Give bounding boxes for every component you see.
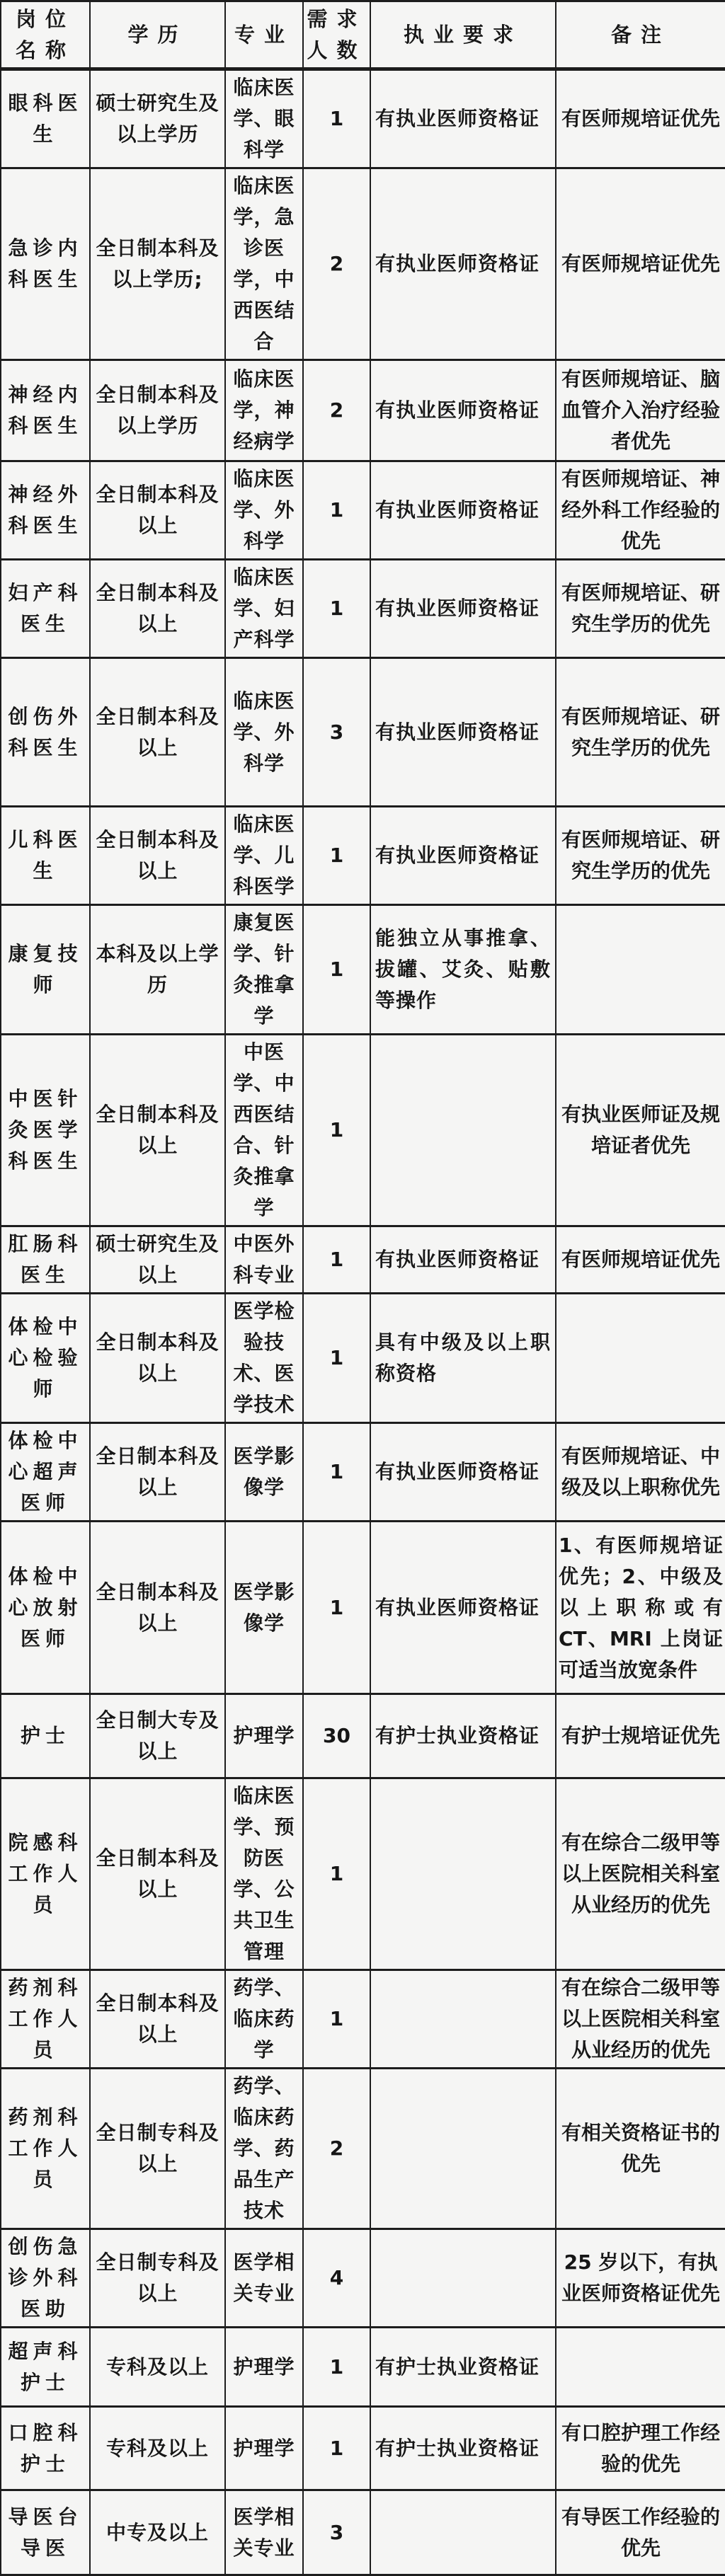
education-cell: 全日制本科及以上 (90, 560, 225, 658)
note-cell: 25 岁以下，有执业医师资格证优先 (556, 2229, 725, 2328)
position-cell: 急诊内科医生 (1, 168, 90, 360)
education-cell: 全日制本科及以上 (90, 1423, 225, 1522)
note-cell: 有口腔护理工作经验的优先 (556, 2407, 725, 2490)
table-row: 体检中心超声医师 全日制本科及以上 医学影像学 1 有执业医师资格证 有医师规培… (1, 1423, 725, 1522)
position-cell: 康复技师 (1, 905, 90, 1035)
major-cell: 医学相关专业 (225, 2229, 303, 2328)
major-cell: 临床医学、预防医学、公共卫生管理 (225, 1778, 303, 1970)
major-cell: 临床医学，神经病学 (225, 360, 303, 461)
major-cell: 中医学、中西医结合、针灸推拿学 (225, 1035, 303, 1226)
education-cell: 专科及以上 (90, 2328, 225, 2407)
count-cell: 2 (303, 168, 370, 360)
table-row: 口腔科护士 专科及以上 护理学 1 有护士执业资格证 有口腔护理工作经验的优先 (1, 2407, 725, 2490)
major-cell: 临床医学、儿科医学 (225, 807, 303, 905)
position-cell: 体检中心超声医师 (1, 1423, 90, 1522)
table-row: 中医针灸医学科医生 全日制本科及以上 中医学、中西医结合、针灸推拿学 1 有执业… (1, 1035, 725, 1226)
note-cell: 有执业医师证及规培证者优先 (556, 1035, 725, 1226)
count-cell: 1 (303, 1778, 370, 1970)
header-education: 学历 (90, 1, 225, 69)
position-cell: 神经内科医生 (1, 360, 90, 461)
position-cell: 院感科工作人员 (1, 1778, 90, 1970)
table-row: 急诊内科医生 全日制本科及以上学历; 临床医学，急诊医学，中西医结合 2 有执业… (1, 168, 725, 360)
requirement-cell (370, 2490, 556, 2575)
note-cell (556, 2328, 725, 2407)
note-cell: 有医师规培证、研究生学历的优先 (556, 560, 725, 658)
table-row: 药剂科工作人员 全日制本科及以上 药学、临床药学 1 有在综合二级甲等以上医院相… (1, 1970, 725, 2069)
table-row: 创伤外科医生 全日制本科及以上 临床医学、外科学 3 有执业医师资格证 有医师规… (1, 658, 725, 807)
note-cell: 有医师规培证优先 (556, 168, 725, 360)
education-cell: 本科及以上学历 (90, 905, 225, 1035)
education-cell: 中专及以上 (90, 2490, 225, 2575)
count-cell: 1 (303, 2407, 370, 2490)
table-body: 眼科医生 硕士研究生及以上学历 临床医学、眼科学 1 有执业医师资格证 有医师规… (1, 69, 725, 2575)
education-cell: 全日制本科及以上 (90, 1035, 225, 1226)
note-cell: 有医师规培证、中级及以上职称优先 (556, 1423, 725, 1522)
header-row: 岗位名称 学历 专业 需求人数 执业要求 备注 (1, 1, 725, 69)
header-count: 需求人数 (303, 1, 370, 69)
requirement-cell: 能独立从事推拿、拔罐、艾灸、贴敷等操作 (370, 905, 556, 1035)
note-cell: 有医师规培证、研究生学历的优先 (556, 658, 725, 807)
header-major: 专业 (225, 1, 303, 69)
requirement-cell: 有护士执业资格证 (370, 1694, 556, 1778)
requirement-cell: 有执业医师资格证 (370, 807, 556, 905)
requirement-cell: 有执业医师资格证 (370, 658, 556, 807)
major-cell: 药学、临床药学、药品生产技术 (225, 2069, 303, 2229)
position-cell: 神经外科医生 (1, 461, 90, 560)
note-cell: 有医师规培证、脑血管介入治疗经验者优先 (556, 360, 725, 461)
major-cell: 护理学 (225, 2407, 303, 2490)
education-cell: 全日制本科及以上 (90, 1778, 225, 1970)
position-cell: 创伤外科医生 (1, 658, 90, 807)
count-cell: 2 (303, 2069, 370, 2229)
note-cell (556, 905, 725, 1035)
education-cell: 全日制本科及以上 (90, 658, 225, 807)
note-cell: 有在综合二级甲等以上医院相关科室从业经历的优先 (556, 1970, 725, 2069)
count-cell: 1 (303, 69, 370, 168)
requirement-cell (370, 1035, 556, 1226)
count-cell: 30 (303, 1694, 370, 1778)
count-cell: 1 (303, 1035, 370, 1226)
table-row: 儿科医生 全日制本科及以上 临床医学、儿科医学 1 有执业医师资格证 有医师规培… (1, 807, 725, 905)
table-row: 药剂科工作人员 全日制专科及以上 药学、临床药学、药品生产技术 2 有相关资格证… (1, 2069, 725, 2229)
major-cell: 临床医学、妇产科学 (225, 560, 303, 658)
position-cell: 超声科护士 (1, 2328, 90, 2407)
count-cell: 1 (303, 461, 370, 560)
position-cell: 导医台导医 (1, 2490, 90, 2575)
requirement-cell: 有执业医师资格证 (370, 1522, 556, 1694)
table-row: 体检中心放射医师 全日制本科及以上 医学影像学 1 有执业医师资格证 1、有医师… (1, 1522, 725, 1694)
requirement-cell: 具有中级及以上职称资格 (370, 1294, 556, 1423)
education-cell: 全日制本科及以上学历; (90, 168, 225, 360)
requirement-cell: 有执业医师资格证 (370, 461, 556, 560)
table-row: 院感科工作人员 全日制本科及以上 临床医学、预防医学、公共卫生管理 1 有在综合… (1, 1778, 725, 1970)
position-cell: 肛肠科医生 (1, 1226, 90, 1294)
education-cell: 全日制本科及以上学历 (90, 360, 225, 461)
requirement-cell: 有执业医师资格证 (370, 1226, 556, 1294)
table-row: 创伤急诊外科医助 全日制专科及以上 医学相关专业 4 25 岁以下，有执业医师资… (1, 2229, 725, 2328)
count-cell: 1 (303, 905, 370, 1035)
education-cell: 全日制大专及以上 (90, 1694, 225, 1778)
table-row: 导医台导医 中专及以上 医学相关专业 3 有导医工作经验的优先 (1, 2490, 725, 2575)
count-cell: 1 (303, 1423, 370, 1522)
count-cell: 3 (303, 2490, 370, 2575)
note-cell (556, 1294, 725, 1423)
count-cell: 4 (303, 2229, 370, 2328)
major-cell: 医学影像学 (225, 1522, 303, 1694)
education-cell: 全日制本科及以上 (90, 807, 225, 905)
education-cell: 专科及以上 (90, 2407, 225, 2490)
table-header: 岗位名称 学历 专业 需求人数 执业要求 备注 (1, 1, 725, 69)
table-row: 神经内科医生 全日制本科及以上学历 临床医学，神经病学 2 有执业医师资格证 有… (1, 360, 725, 461)
education-cell: 全日制专科及以上 (90, 2229, 225, 2328)
position-cell: 护士 (1, 1694, 90, 1778)
major-cell: 护理学 (225, 1694, 303, 1778)
note-cell: 有医师规培证、研究生学历的优先 (556, 807, 725, 905)
table-row: 超声科护士 专科及以上 护理学 1 有护士执业资格证 (1, 2328, 725, 2407)
requirement-cell (370, 1778, 556, 1970)
table-row: 眼科医生 硕士研究生及以上学历 临床医学、眼科学 1 有执业医师资格证 有医师规… (1, 69, 725, 168)
count-cell: 1 (303, 1522, 370, 1694)
education-cell: 硕士研究生及以上学历 (90, 69, 225, 168)
table-row: 护士 全日制大专及以上 护理学 30 有护士执业资格证 有护士规培证优先 (1, 1694, 725, 1778)
requirement-cell (370, 2229, 556, 2328)
requirement-cell (370, 1970, 556, 2069)
requirement-cell (370, 2069, 556, 2229)
table-row: 肛肠科医生 硕士研究生及以上 中医外科专业 1 有执业医师资格证 有医师规培证优… (1, 1226, 725, 1294)
education-cell: 全日制专科及以上 (90, 2069, 225, 2229)
table-row: 体检中心检验师 全日制本科及以上 医学检验技术、医学技术 1 具有中级及以上职称… (1, 1294, 725, 1423)
requirement-cell: 有执业医师资格证 (370, 560, 556, 658)
count-cell: 1 (303, 1294, 370, 1423)
major-cell: 临床医学、外科学 (225, 658, 303, 807)
note-cell: 有相关资格证书的优先 (556, 2069, 725, 2229)
count-cell: 3 (303, 658, 370, 807)
header-position: 岗位名称 (1, 1, 90, 69)
position-cell: 体检中心放射医师 (1, 1522, 90, 1694)
position-cell: 药剂科工作人员 (1, 1970, 90, 2069)
requirement-cell: 有护士执业资格证 (370, 2328, 556, 2407)
position-cell: 口腔科护士 (1, 2407, 90, 2490)
count-cell: 1 (303, 560, 370, 658)
education-cell: 硕士研究生及以上 (90, 1226, 225, 1294)
major-cell: 药学、临床药学 (225, 1970, 303, 2069)
major-cell: 医学影像学 (225, 1423, 303, 1522)
major-cell: 康复医学、针灸推拿学 (225, 905, 303, 1035)
position-cell: 创伤急诊外科医助 (1, 2229, 90, 2328)
requirement-cell: 有执业医师资格证 (370, 168, 556, 360)
major-cell: 医学相关专业 (225, 2490, 303, 2575)
requirement-cell: 有护士执业资格证 (370, 2407, 556, 2490)
position-cell: 儿科医生 (1, 807, 90, 905)
position-cell: 中医针灸医学科医生 (1, 1035, 90, 1226)
position-cell: 妇产科医生 (1, 560, 90, 658)
count-cell: 1 (303, 1970, 370, 2069)
header-requirement: 执业要求 (370, 1, 556, 69)
major-cell: 中医外科专业 (225, 1226, 303, 1294)
education-cell: 全日制本科及以上 (90, 1970, 225, 2069)
table-row: 妇产科医生 全日制本科及以上 临床医学、妇产科学 1 有执业医师资格证 有医师规… (1, 560, 725, 658)
note-cell: 有医师规培证、神经外科工作经验的优先 (556, 461, 725, 560)
note-cell: 1、有医师规培证优先；2、中级及以上职称或有 CT、MRI 上岗证可适当放宽条件 (556, 1522, 725, 1694)
major-cell: 医学检验技术、医学技术 (225, 1294, 303, 1423)
note-cell: 有在综合二级甲等以上医院相关科室从业经历的优先 (556, 1778, 725, 1970)
count-cell: 1 (303, 807, 370, 905)
education-cell: 全日制本科及以上 (90, 1294, 225, 1423)
requirement-cell: 有执业医师资格证 (370, 360, 556, 461)
position-cell: 药剂科工作人员 (1, 2069, 90, 2229)
count-cell: 1 (303, 2328, 370, 2407)
major-cell: 临床医学，急诊医学，中西医结合 (225, 168, 303, 360)
table-row: 神经外科医生 全日制本科及以上 临床医学、外科学 1 有执业医师资格证 有医师规… (1, 461, 725, 560)
note-cell: 有导医工作经验的优先 (556, 2490, 725, 2575)
requirement-cell: 有执业医师资格证 (370, 69, 556, 168)
major-cell: 临床医学、外科学 (225, 461, 303, 560)
education-cell: 全日制本科及以上 (90, 1522, 225, 1694)
note-cell: 有医师规培证优先 (556, 1226, 725, 1294)
recruitment-table: 岗位名称 学历 专业 需求人数 执业要求 备注 眼科医生 硕士研究生及以上学历 … (0, 0, 725, 2576)
count-cell: 2 (303, 360, 370, 461)
major-cell: 临床医学、眼科学 (225, 69, 303, 168)
table-row: 康复技师 本科及以上学历 康复医学、针灸推拿学 1 能独立从事推拿、拔罐、艾灸、… (1, 905, 725, 1035)
position-cell: 眼科医生 (1, 69, 90, 168)
note-cell: 有医师规培证优先 (556, 69, 725, 168)
note-cell: 有护士规培证优先 (556, 1694, 725, 1778)
major-cell: 护理学 (225, 2328, 303, 2407)
requirement-cell: 有执业医师资格证 (370, 1423, 556, 1522)
header-note: 备注 (556, 1, 725, 69)
education-cell: 全日制本科及以上 (90, 461, 225, 560)
count-cell: 1 (303, 1226, 370, 1294)
position-cell: 体检中心检验师 (1, 1294, 90, 1423)
